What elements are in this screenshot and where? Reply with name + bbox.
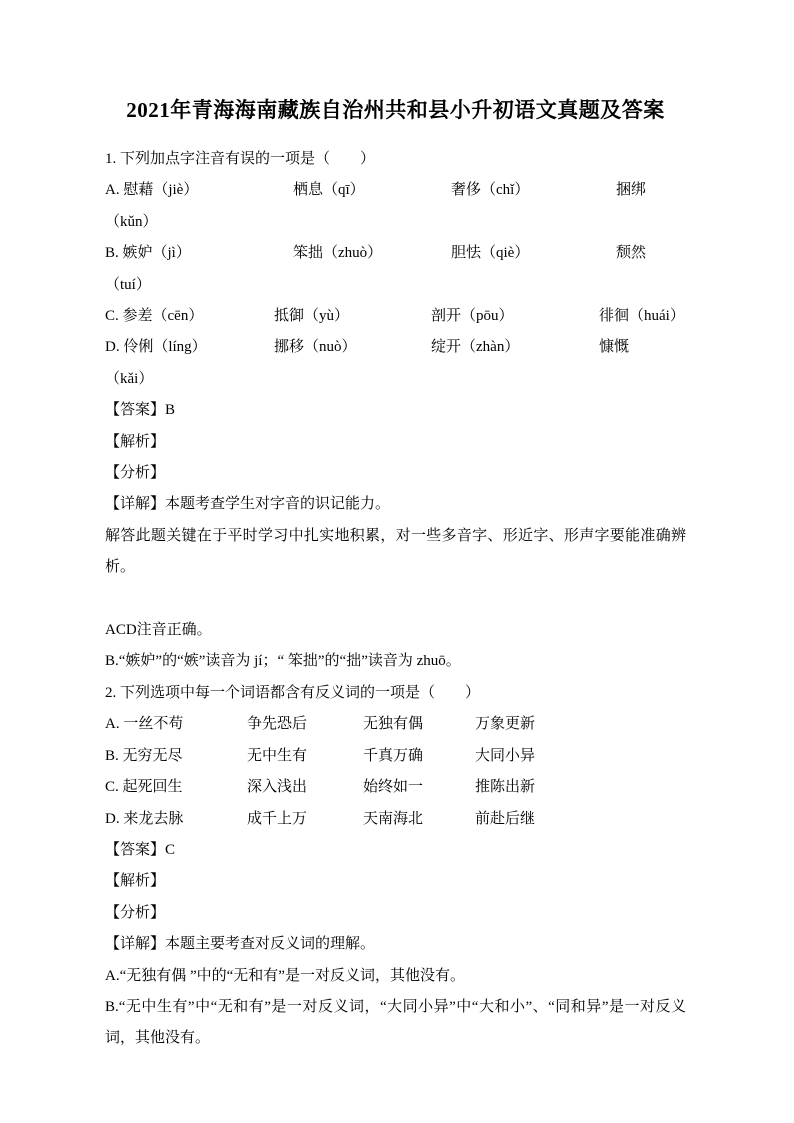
q1-a-continuation: （kǔn） [105,207,686,238]
q1-analysis-note-3: B.“嫉妒”的“嫉”读音为 jí；“ 笨拙”的“拙”读音为 zhuō。 [105,646,686,677]
q1-analysis-xiangjie: 【详解】本题考查学生对字音的识记能力。 [105,489,686,520]
q2-d-word-1: D. 来龙去脉 [105,804,247,835]
q1-analysis-fenxi: 【分析】 [105,458,686,489]
q1-c-word-1: C. 参差（cēn） [105,301,274,332]
q1-answer: 【答案】B [105,395,686,426]
q2-analysis-xiangjie: 【详解】本题主要考查对反义词的理解。 [105,929,686,960]
q1-option-b: B. 嫉妒（jì） 笨拙（zhuò） 胆怯（qiè） 颓然 [105,238,686,269]
q2-c-word-3: 始终如一 [363,772,475,803]
q1-c-word-2: 抵御（yù） [274,301,431,332]
q2-b-word-2: 无中生有 [247,741,363,772]
q1-d-word-2: 挪移（nuò） [274,332,431,363]
q2-option-c: C. 起死回生 深入浅出 始终如一 推陈出新 [105,772,686,803]
q2-a-word-2: 争先恐后 [247,709,363,740]
q1-b-word-4: 颓然 [616,238,686,269]
q2-a-word-4: 万象更新 [475,709,686,740]
q2-c-word-4: 推陈出新 [475,772,686,803]
q2-b-word-3: 千真万确 [363,741,475,772]
q1-a-word-3: 奢侈（chǐ） [451,175,616,206]
q1-analysis-note-1: 解答此题关键在于平时学习中扎实地积累，对一些多音字、形近字、形声字要能准确辨析。 [105,521,686,584]
q1-b-word-2: 笨拙（zhuò） [293,238,451,269]
q1-d-word-4: 慷慨 [599,332,686,363]
q2-c-word-2: 深入浅出 [247,772,363,803]
q1-option-d: D. 伶俐（líng） 挪移（nuò） 绽开（zhàn） 慷慨 [105,332,686,363]
q1-a-word-4: 捆绑 [616,175,686,206]
q2-option-d: D. 来龙去脉 成千上万 天南海北 前赴后继 [105,804,686,835]
q2-analysis-jiexi: 【解析】 [105,866,686,897]
q2-analysis-note-b: B.“无中生有”中“无和有”是一对反义词，“大同小异”中“大和小”、“同和异”是… [105,992,686,1055]
q2-d-word-3: 天南海北 [363,804,475,835]
document-title: 2021年青海海南藏族自治州共和县小升初语文真题及答案 [105,96,686,125]
q2-a-word-3: 无独有偶 [363,709,475,740]
q1-a-word-1: A. 慰藉（jiè） [105,175,293,206]
q1-d-continuation: （kǎi） [105,364,686,395]
q2-option-a: A. 一丝不苟 争先恐后 无独有偶 万象更新 [105,709,686,740]
q1-c-word-4: 徘徊（huái） [599,301,686,332]
q1-d-word-3: 绽开（zhàn） [431,332,599,363]
q1-b-word-3: 胆怯（qiè） [451,238,616,269]
q2-b-word-4: 大同小异 [475,741,686,772]
q1-option-a: A. 慰藉（jiè） 栖息（qī） 奢侈（chǐ） 捆绑 [105,175,686,206]
q2-c-word-1: C. 起死回生 [105,772,247,803]
q1-c-word-3: 剖开（pōu） [431,301,599,332]
q2-a-word-1: A. 一丝不苟 [105,709,247,740]
q1-analysis-blank [105,584,686,615]
q2-answer: 【答案】C [105,835,686,866]
q2-stem: 2. 下列选项中每一个词语都含有反义词的一项是（ ） [105,678,686,709]
q1-option-c: C. 参差（cēn） 抵御（yù） 剖开（pōu） 徘徊（huái） [105,301,686,332]
q2-d-word-4: 前赴后继 [475,804,686,835]
q1-analysis-note-2: ACD注音正确。 [105,615,686,646]
q1-analysis-jiexi: 【解析】 [105,427,686,458]
q2-option-b: B. 无穷无尽 无中生有 千真万确 大同小异 [105,741,686,772]
q2-d-word-2: 成千上万 [247,804,363,835]
q2-analysis-note-a: A.“无独有偶 ”中的“无和有”是一对反义词，其他没有。 [105,961,686,992]
q2-analysis-fenxi: 【分析】 [105,898,686,929]
q2-b-word-1: B. 无穷无尽 [105,741,247,772]
q1-stem: 1. 下列加点字注音有误的一项是（ ） [105,144,686,175]
q1-d-word-1: D. 伶俐（líng） [105,332,274,363]
q1-a-word-2: 栖息（qī） [293,175,451,206]
q1-b-continuation: （tuí） [105,270,686,301]
q1-b-word-1: B. 嫉妒（jì） [105,238,293,269]
exam-document-page: 2021年青海海南藏族自治州共和县小升初语文真题及答案 1. 下列加点字注音有误… [0,0,794,1123]
